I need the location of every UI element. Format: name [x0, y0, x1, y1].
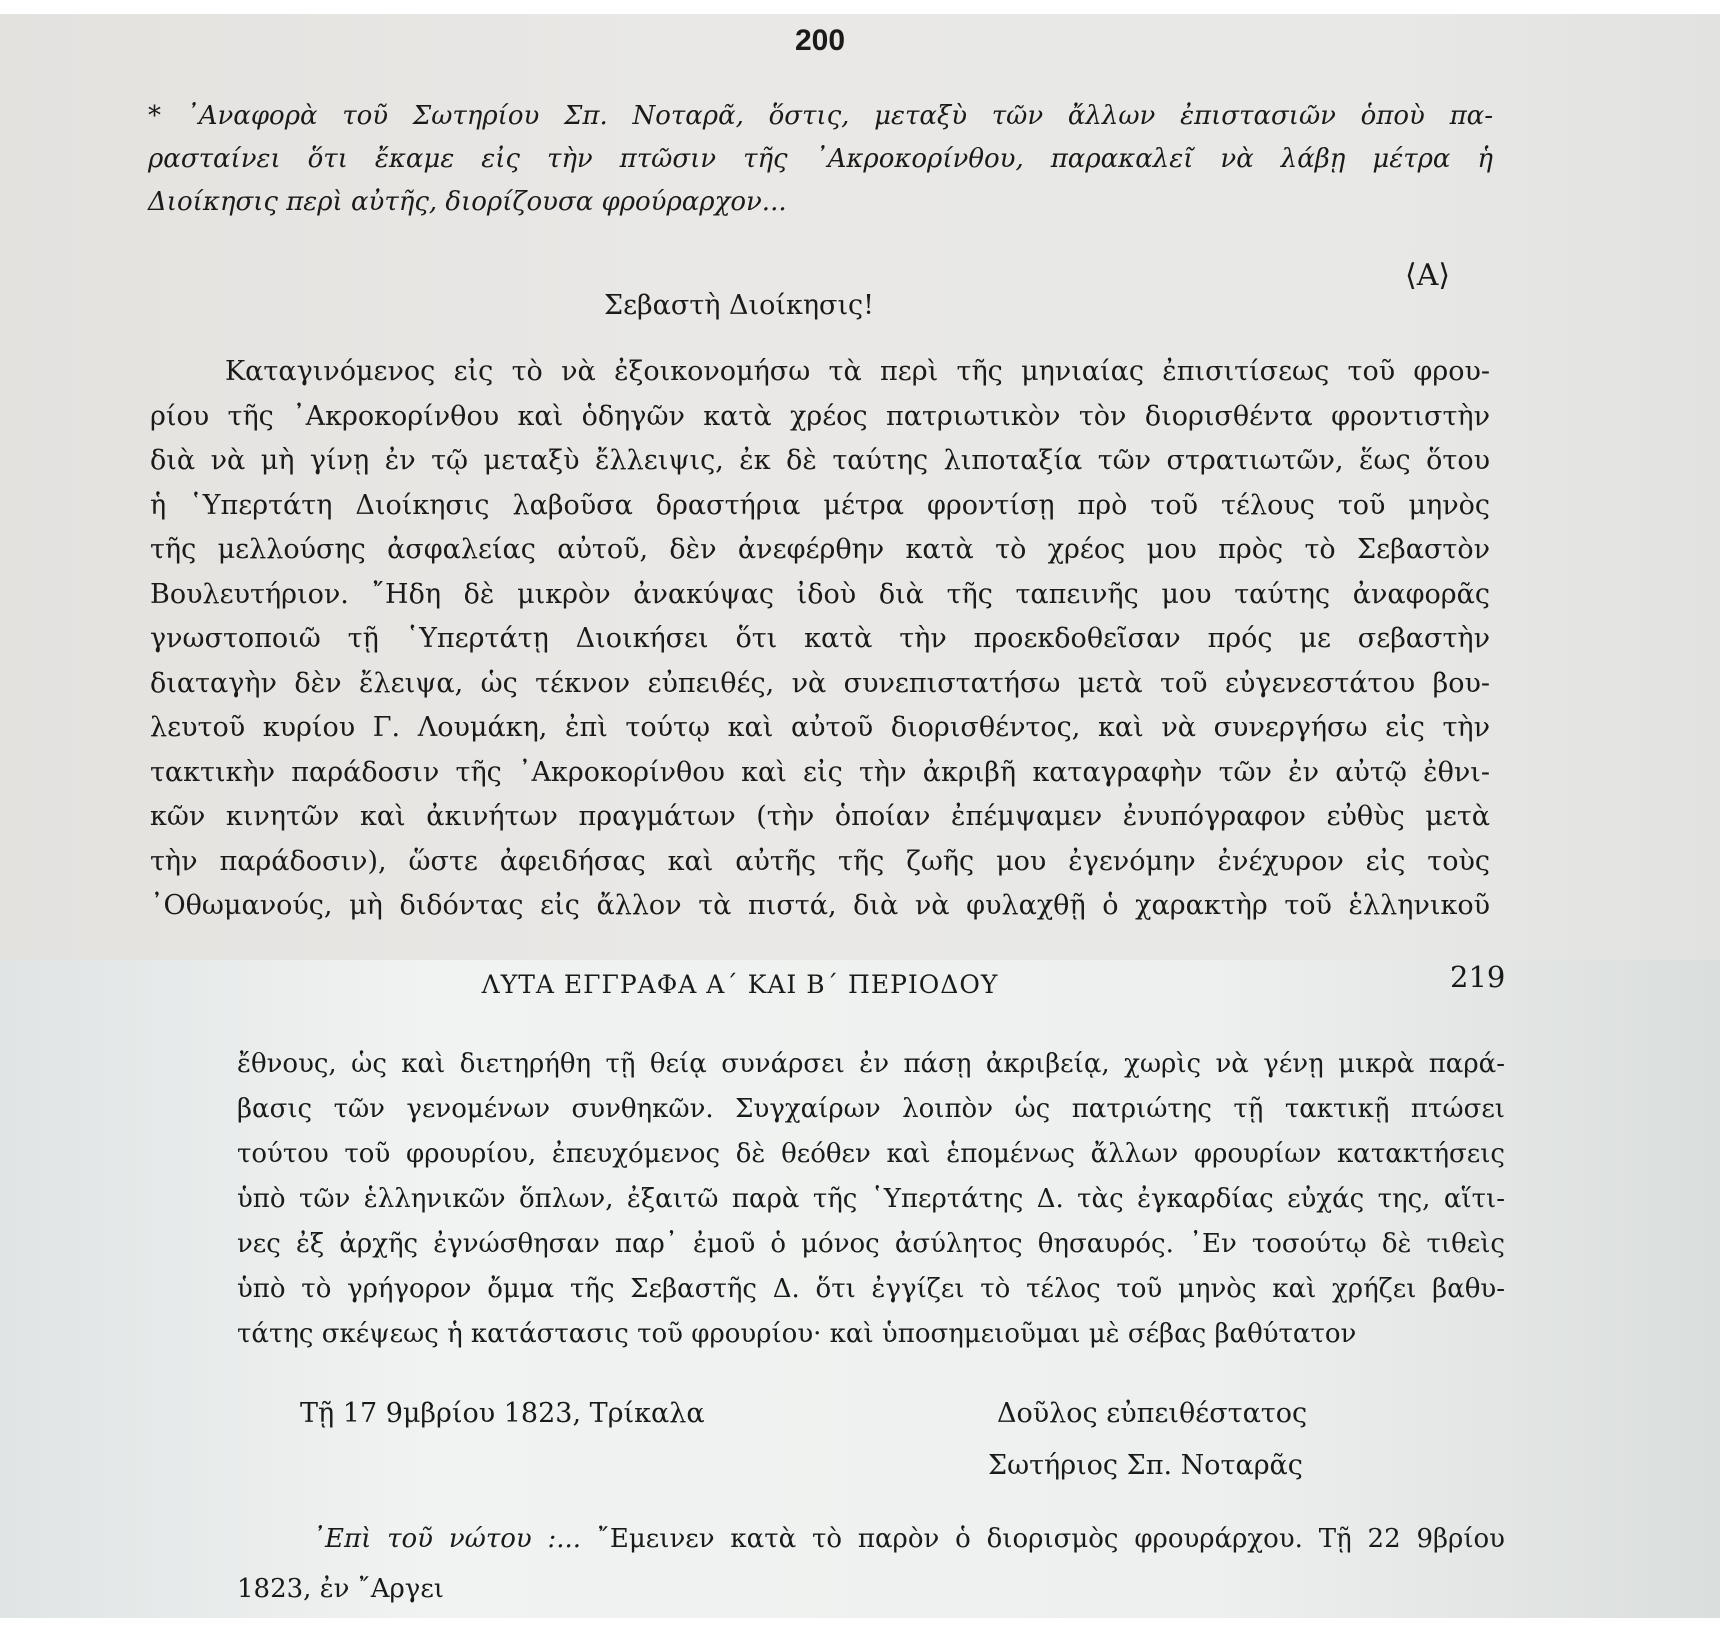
endorsement-text: ῎Εμεινεν κατὰ τὸ παρὸν ὁ διορισμὸς φρουρ…	[581, 1524, 1505, 1554]
body-line: ἔθνους, ὡς καὶ διετηρήθη τῇ θείᾳ συνάρσε…	[237, 1042, 1505, 1087]
body-line: νες ἐξ ἀρχῆς ἐγνώσθησαν παρ᾿ ἐμοῦ ὁ μόνο…	[237, 1222, 1505, 1267]
body-line: ὑπὸ τὸ γρήγορον ὄμμα τῆς Σεβαστῆς Δ. ὅτι…	[237, 1267, 1505, 1312]
summary-line: * ᾿Αναφορὰ τοῦ Σωτηρίου Σπ. Νοταρᾶ, ὅστι…	[148, 95, 1493, 138]
body-line: τακτικὴν παράδοσιν τῆς ᾿Ακροκορίνθου καὶ…	[150, 751, 1490, 796]
endorsement-note: ᾿Επὶ τοῦ νώτου :... ῎Εμεινεν κατὰ τὸ παρ…	[237, 1514, 1505, 1614]
body-line: ἡ ῾Υπερτάτη Διοίκησις λαβοῦσα δραστήρια …	[150, 484, 1490, 529]
page-number-bottom: 219	[1450, 960, 1505, 994]
running-head: ΛΥΤΑ ΕΓΓΡΑΦΑ Α΄ ΚΑΙ Β΄ ΠΕΡΙΟΔΟΥ	[0, 970, 1480, 999]
signature-name: Σωτήριος Σπ. Νοταρᾶς	[988, 1450, 1303, 1481]
page-number-top: 200	[0, 24, 1640, 58]
body-line: διαταγὴν δὲν ἔλειψα, ὡς τέκνον εὐπειθές,…	[150, 662, 1490, 707]
body-line: γνωστοποιῶ τῇ ῾Υπερτάτῃ Διοικήσει ὅτι κα…	[150, 617, 1490, 662]
signature-closing: Δοῦλος εὐπειθέστατος	[997, 1398, 1307, 1429]
document-summary: * ᾿Αναφορὰ τοῦ Σωτηρίου Σπ. Νοταρᾶ, ὅστι…	[148, 95, 1493, 224]
endorsement-label: ᾿Επὶ τοῦ νώτου :...	[312, 1524, 581, 1554]
body-line: τούτου τοῦ φρουρίου, ἐπευχόμενος δὲ θεόθ…	[237, 1132, 1505, 1177]
letter-body-top: Καταγινόμενος εἰς τὸ νὰ ἐξοικονομήσω τὰ …	[150, 350, 1490, 929]
body-line: κῶν κινητῶν καὶ ἀκινήτων πραγμάτων (τὴν …	[150, 795, 1490, 840]
body-line: τάτης σκέψεως ἡ κατάστασις τοῦ φρουρίου·…	[237, 1312, 1505, 1357]
body-line: βασις τῶν γενομένων συνθηκῶν. Συγχαίρων …	[237, 1087, 1505, 1132]
body-line: λευτοῦ κυρίου Γ. Λουμάκη, ἐπὶ τούτῳ καὶ …	[150, 706, 1490, 751]
salutation: Σεβαστὴ Διοίκησις!	[0, 290, 1478, 321]
body-line: Βουλευτήριον. ῎Ηδη δὲ μικρὸν ἀνακύψας ἰδ…	[150, 573, 1490, 618]
body-line: ᾿Οθωμανούς, μὴ διδόντας εἰς ἄλλον τὰ πισ…	[150, 884, 1490, 929]
body-line: τὴν παράδοσιν), ὥστε ἀφειδήσας καὶ αὐτῆς…	[150, 840, 1490, 885]
endorsement-line: 1823, ἐν ῎Αργει	[237, 1564, 1505, 1614]
closing-date-place: Τῇ 17 9μβρίου 1823, Τρίκαλα	[300, 1398, 705, 1429]
document-label: ⟨Α⟩	[1405, 258, 1450, 293]
summary-line: Διοίκησις περὶ αὐτῆς, διορίζουσα φρούραρ…	[148, 181, 1493, 224]
summary-line: ρασταίνει ὅτι ἔκαμε εἰς τὴν πτῶσιν τῆς ᾿…	[148, 138, 1493, 181]
body-line: διὰ νὰ μὴ γίνῃ ἐν τῷ μεταξὺ ἔλλειψις, ἐκ…	[150, 439, 1490, 484]
body-line: τῆς μελλούσης ἀσφαλείας αὐτοῦ, δὲν ἀνεφέ…	[150, 528, 1490, 573]
endorsement-line: ᾿Επὶ τοῦ νώτου :... ῎Εμεινεν κατὰ τὸ παρ…	[237, 1514, 1505, 1564]
letter-body-bottom: ἔθνους, ὡς καὶ διετηρήθη τῇ θείᾳ συνάρσε…	[237, 1042, 1505, 1357]
body-line: ρίου τῆς ᾿Ακροκορίνθου καὶ ὁδηγῶν κατὰ χ…	[150, 395, 1490, 440]
body-line: Καταγινόμενος εἰς τὸ νὰ ἐξοικονομήσω τὰ …	[150, 350, 1490, 395]
body-line: ὑπὸ τῶν ἑλληνικῶν ὅπλων, ἐξαιτῶ παρὰ τῆς…	[237, 1177, 1505, 1222]
